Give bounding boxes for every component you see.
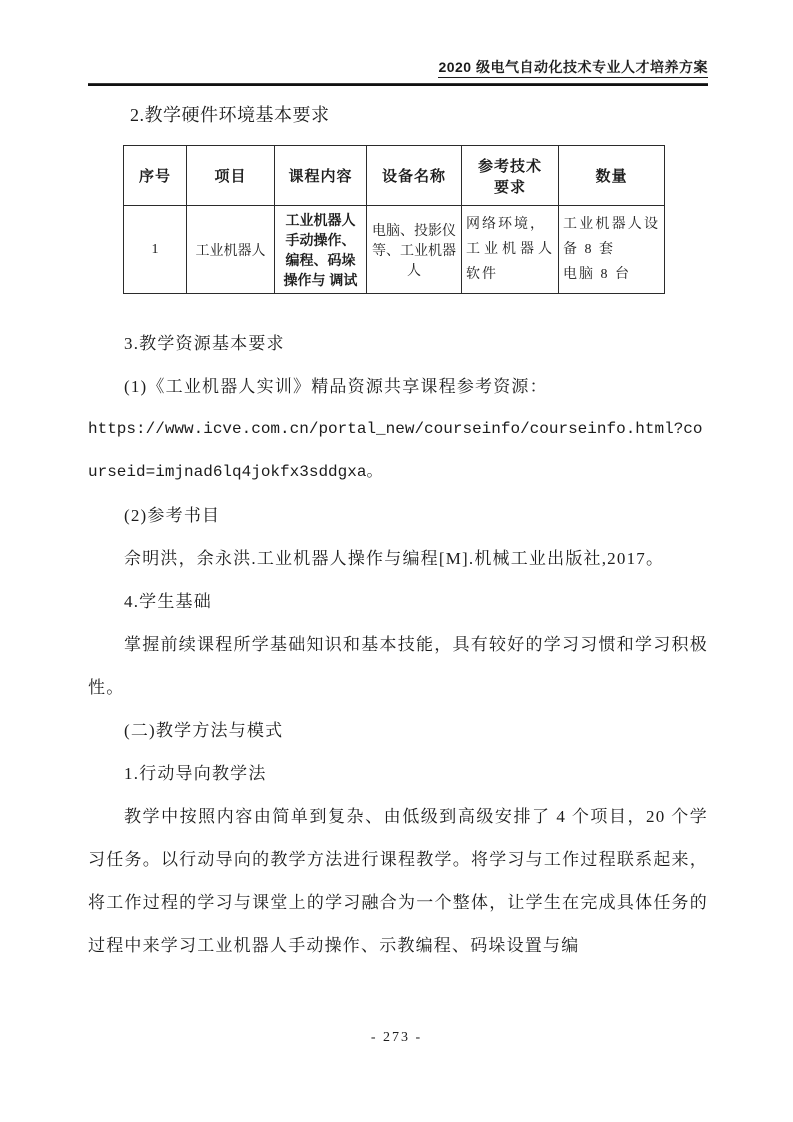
header-divider-rule: [88, 83, 708, 86]
col-header-tech-requirements: 参考技术 要求: [462, 146, 559, 206]
cell-project: 工业机器人: [187, 206, 275, 294]
col-header-project: 项目: [187, 146, 275, 206]
cell-course-content: 工业机器人手动操作、编程、码垛操作与 调试: [275, 206, 367, 294]
cell-serial-no: 1: [124, 206, 187, 294]
running-header: 2020 级电气自动化技术专业人才培养方案: [88, 58, 708, 78]
table-row: 1 工业机器人 工业机器人手动操作、编程、码垛操作与 调试 电脑、投影仪等、工业…: [124, 206, 665, 294]
body-text: 3.教学资源基本要求 (1)《工业机器人实训》精品资源共享课程参考资源： htt…: [88, 322, 708, 967]
paragraph-student-base: 掌握前续课程所学基础知识和基本技能，具有较好的学习习惯和学习积极性。: [88, 623, 708, 709]
heading-methods-section: (二)教学方法与模式: [88, 709, 708, 752]
page-number: - 273 -: [0, 1030, 793, 1046]
col-header-serial-no: 序号: [124, 146, 187, 206]
cell-equipment-name: 电脑、投影仪等、工业机器人: [367, 206, 462, 294]
col-header-course-content: 课程内容: [275, 146, 367, 206]
heading-action-oriented-method: 1.行动导向教学法: [88, 752, 708, 795]
heading-student-base: 4.学生基础: [88, 580, 708, 623]
heading-teaching-resources: 3.教学资源基本要求: [88, 322, 708, 365]
paragraph-resource-intro: (1)《工业机器人实训》精品资源共享课程参考资源：: [88, 365, 708, 408]
cell-quantity: 工业机器人设备 8 套 电脑 8 台: [559, 206, 665, 294]
heading-bibliography: (2)参考书目: [88, 494, 708, 537]
table-header-row: 序号 项目 课程内容 设备名称 参考技术 要求 数量: [124, 146, 665, 206]
hardware-requirements-table: 序号 项目 课程内容 设备名称 参考技术 要求 数量 1 工业机器人 工业机器人…: [123, 145, 665, 294]
page-content: 2020 级电气自动化技术专业人才培养方案 2.教学硬件环境基本要求 序号 项目…: [0, 0, 793, 967]
paragraph-teaching-method: 教学中按照内容由简单到复杂、由低级到高级安排了 4 个项目，20 个学习任务。以…: [88, 795, 708, 967]
col-header-equipment-name: 设备名称: [367, 146, 462, 206]
running-header-title: 2020 级电气自动化技术专业人才培养方案: [438, 58, 708, 78]
col-header-quantity: 数量: [559, 146, 665, 206]
heading-hardware-requirements: 2.教学硬件环境基本要求: [88, 103, 708, 127]
cell-tech-requirements: 网络环境， 工业机器人软件: [462, 206, 559, 294]
course-resource-url: https://www.icve.com.cn/portal_new/cours…: [88, 408, 708, 494]
document-page: 2020 级电气自动化技术专业人才培养方案 2.教学硬件环境基本要求 序号 项目…: [0, 0, 793, 1122]
paragraph-bibliography-entry: 佘明洪，余永洪.工业机器人操作与编程[M].机械工业出版社,2017。: [88, 537, 708, 580]
